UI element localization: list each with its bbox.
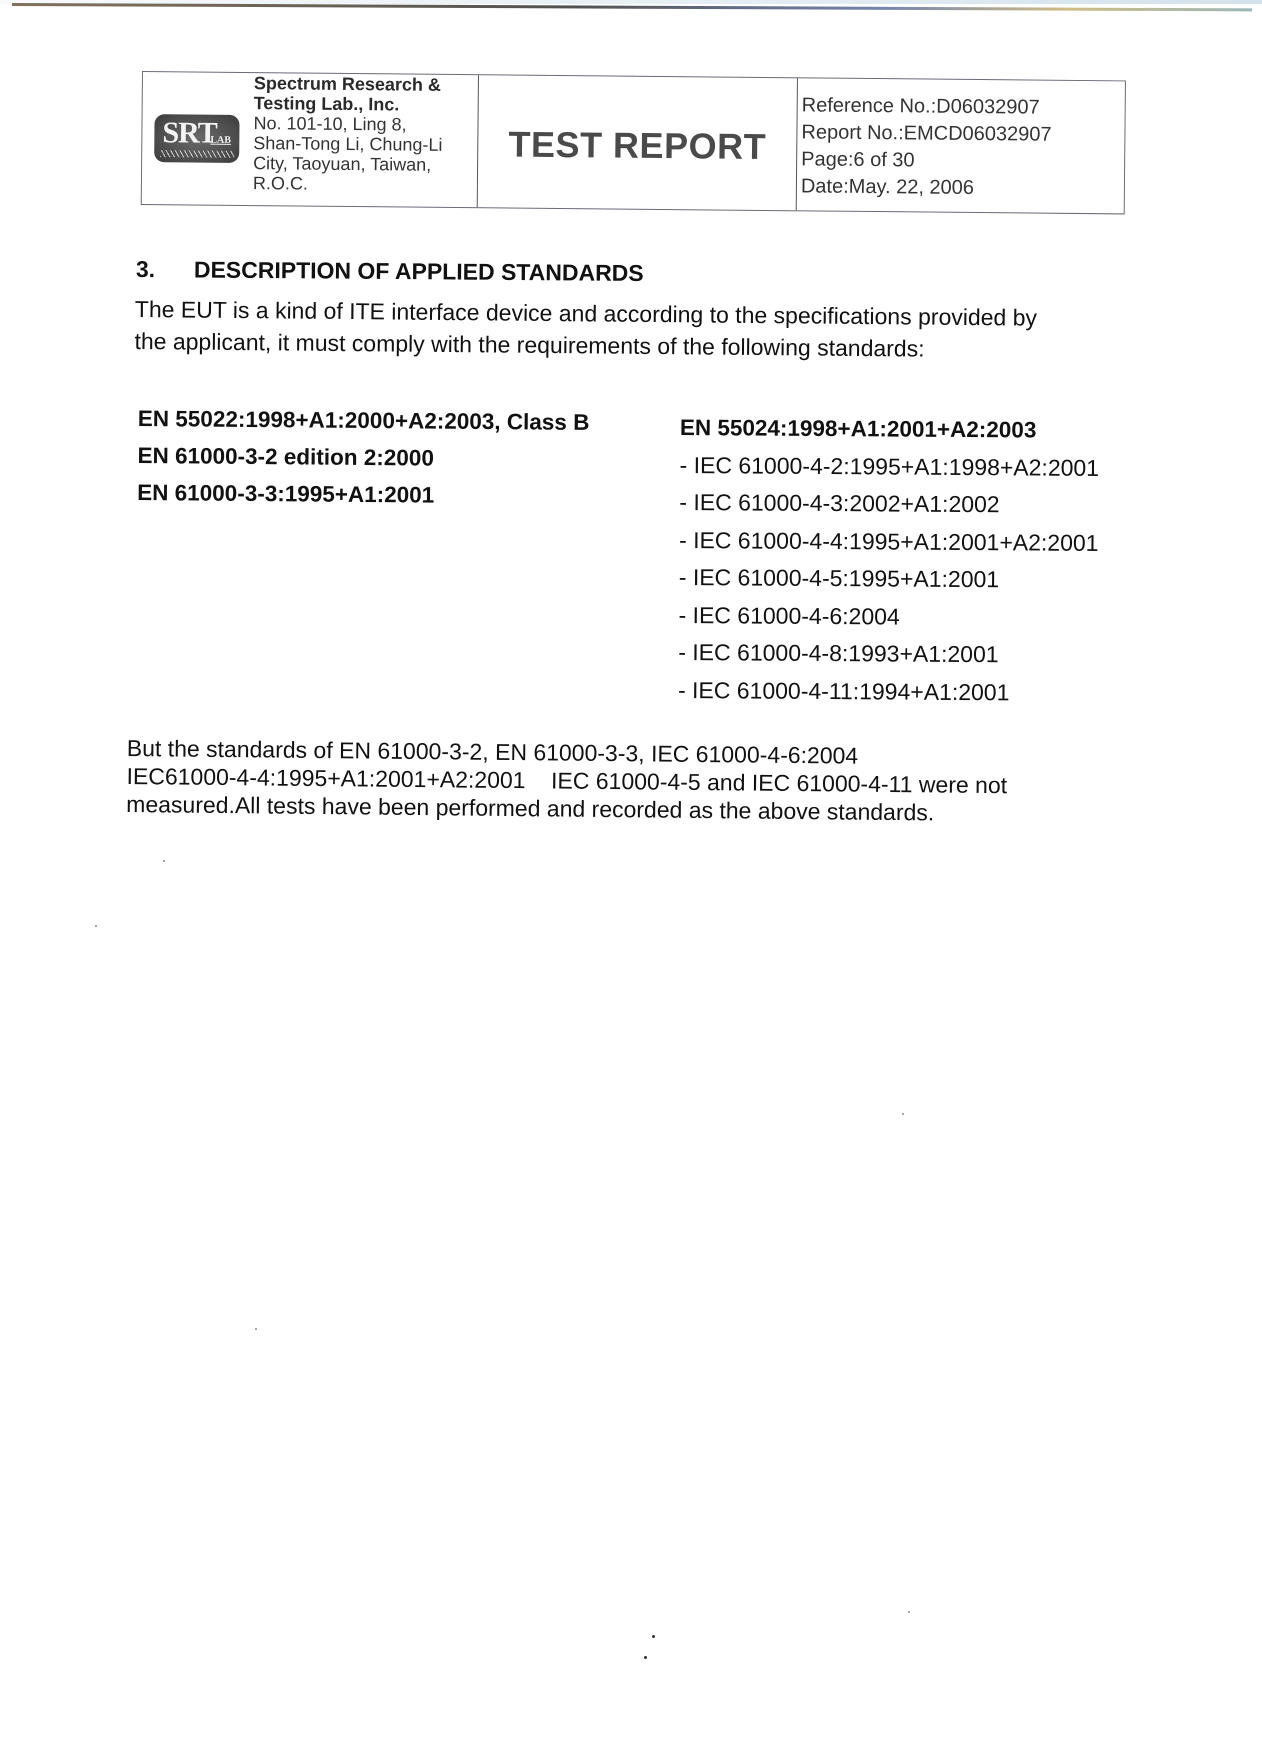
reference-number: Reference No.:D06032907 xyxy=(802,92,1125,122)
intro-paragraph: The EUT is a kind of ITE interface devic… xyxy=(134,293,1135,367)
company-name-line-2: Testing Lab., Inc. xyxy=(254,93,443,115)
logo-main-text: SRT xyxy=(162,118,217,149)
scan-speck xyxy=(644,1656,647,1659)
section-heading: 3.DESCRIPTION OF APPLIED STANDARDS xyxy=(136,256,644,287)
immunity-sub-standard: - IEC 61000-4-8:1993+A1:2001 xyxy=(678,634,1098,674)
immunity-sub-standard: - IEC 61000-4-5:1995+A1:2001 xyxy=(679,559,1099,599)
scan-speck xyxy=(902,1113,904,1115)
section-number: 3. xyxy=(136,256,194,283)
scan-speck xyxy=(163,860,165,862)
scan-speck xyxy=(95,925,97,927)
scan-speck xyxy=(652,1635,655,1638)
company-block: SRT LAB Spectrum Research & Testing Lab.… xyxy=(142,72,479,207)
immunity-sub-standard: - IEC 61000-4-11:1994+A1:2001 xyxy=(678,671,1098,711)
immunity-standards-list: EN 55024:1998+A1:2001+A2:2003 - IEC 6100… xyxy=(678,409,1100,712)
report-date: Date:May. 22, 2006 xyxy=(801,173,1124,203)
measurement-note: But the standards of EN 61000-3-2, EN 61… xyxy=(126,734,1137,829)
company-info: Spectrum Research & Testing Lab., Inc. N… xyxy=(253,73,443,195)
address-line-4: R.O.C. xyxy=(253,173,442,195)
section-title: DESCRIPTION OF APPLIED STANDARDS xyxy=(194,256,644,286)
report-meta: Reference No.:D06032907 Report No.:EMCD0… xyxy=(797,78,1125,213)
report-number: Report No.:EMCD06032907 xyxy=(801,119,1124,149)
srt-lab-logo-icon: SRT LAB xyxy=(154,114,239,163)
scan-speck xyxy=(255,1328,257,1330)
report-title: TEST REPORT xyxy=(508,124,766,168)
standard-item: EN 61000-3-3:1995+A1:2001 xyxy=(137,474,589,515)
logo-wave-icon xyxy=(160,150,234,158)
standard-item: EN 61000-3-2 edition 2:2000 xyxy=(137,437,589,478)
scan-edge-line xyxy=(12,3,1252,11)
immunity-sub-standard: - IEC 61000-4-6:2004 xyxy=(678,596,1098,636)
standard-item: EN 55022:1998+A1:2000+A2:2003, Class B xyxy=(138,400,590,441)
logo-sub-text: LAB xyxy=(210,135,231,146)
scan-speck xyxy=(908,1611,910,1613)
address-line-1: No. 101-10, Ling 8, xyxy=(253,113,442,135)
title-block: TEST REPORT xyxy=(478,75,798,210)
immunity-sub-standard: - IEC 61000-4-4:1995+A1:2001+A2:2001 xyxy=(679,521,1099,561)
company-name-line-1: Spectrum Research & xyxy=(254,73,443,95)
immunity-sub-standard: - IEC 61000-4-2:1995+A1:1998+A2:2001 xyxy=(679,446,1099,486)
report-header: SRT LAB Spectrum Research & Testing Lab.… xyxy=(141,71,1126,214)
emission-standards-list: EN 55022:1998+A1:2000+A2:2003, Class B E… xyxy=(137,400,590,515)
page-number: Page:6 of 30 xyxy=(801,146,1124,176)
address-line-3: City, Taoyuan, Taiwan, xyxy=(253,153,442,175)
immunity-primary-standard: EN 55024:1998+A1:2001+A2:2003 xyxy=(680,409,1100,449)
address-line-2: Shan-Tong Li, Chung-Li xyxy=(253,133,442,155)
immunity-sub-standard: - IEC 61000-4-3:2002+A1:2002 xyxy=(679,484,1099,524)
